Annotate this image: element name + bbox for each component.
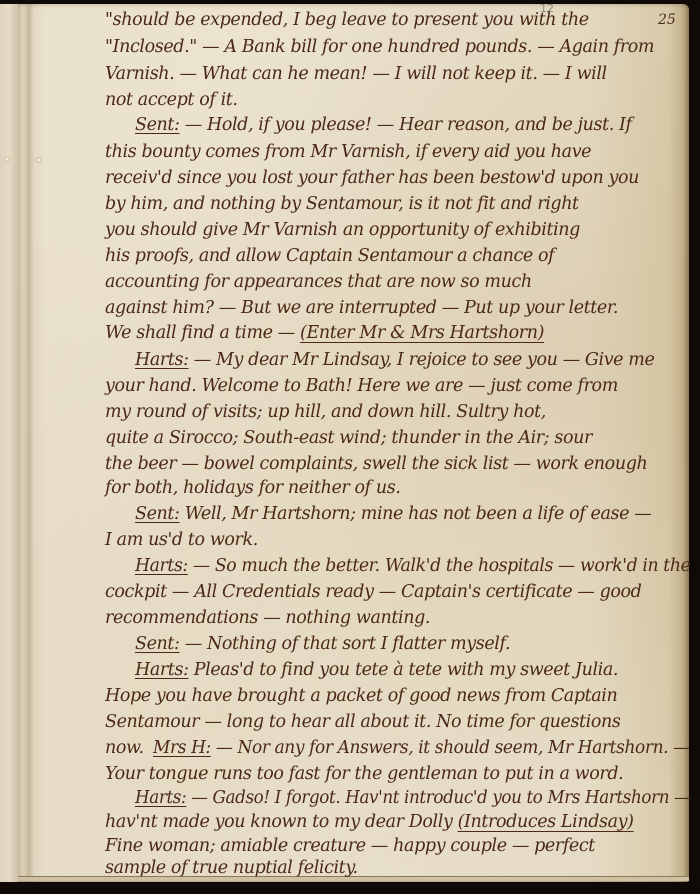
text-line: quite a Sirocco; South-east wind; thunde…	[105, 428, 592, 448]
stage-direction: (Enter Mr & Mrs Hartshorn)	[300, 323, 544, 343]
text-line: Sent: — Nothing of that sort I flatter m…	[135, 634, 510, 654]
text-line: this bounty comes from Mr Varnish, if ev…	[105, 142, 591, 162]
line-text: — Hold, if you please! — Hear reason, an…	[180, 115, 632, 135]
text-line: receiv'd since you lost your father has …	[105, 168, 639, 188]
line-text: his proofs, and allow Captain Sentamour …	[105, 246, 554, 266]
page-number: 25	[658, 12, 676, 28]
text-line: "should be expended, I beg leave to pres…	[105, 10, 589, 30]
text-line: cockpit — All Credentials ready — Captai…	[105, 582, 641, 602]
pin-hole-icon	[4, 156, 10, 162]
text-line: by him, and nothing by Sentamour, is it …	[105, 194, 579, 214]
line-text: the beer — bowel complaints, swell the s…	[105, 454, 647, 474]
speaker-label: Sent:	[135, 634, 180, 654]
text-line: Varnish. — What can he mean! — I will no…	[105, 64, 607, 84]
text-line: We shall find a time — (Enter Mr & Mrs H…	[105, 323, 544, 343]
text-line: Sentamour — long to hear all about it. N…	[105, 712, 620, 732]
stage-direction: (Introduces Lindsay)	[458, 812, 634, 832]
text-line: your hand. Welcome to Bath! Here we are …	[105, 376, 618, 396]
line-text: not accept of it.	[105, 90, 238, 110]
text-line: Your tongue runs too fast for the gentle…	[105, 764, 623, 784]
text-line: not accept of it.	[105, 90, 238, 110]
line-text: Hope you have brought a packet of good n…	[105, 686, 617, 706]
line-text: "Inclosed." — A Bank bill for one hundre…	[105, 37, 654, 57]
line-text: by him, and nothing by Sentamour, is it …	[105, 194, 579, 214]
line-text: "should be expended, I beg leave to pres…	[105, 10, 589, 30]
text-line: you should give Mr Varnish an opportunit…	[105, 220, 580, 240]
text-line: Mrs H: — Nor any for Answers, it should …	[153, 738, 690, 758]
text-line: Sent: Well, Mr Hartshorn; mine has not b…	[135, 504, 651, 524]
text-line: sample of true nuptial felicity.	[105, 858, 358, 878]
line-text: Well, Mr Hartshorn; mine has not been a …	[180, 504, 652, 524]
text-line: Fine woman; amiable creature — happy cou…	[105, 836, 595, 856]
text-line: recommendations — nothing wanting.	[105, 608, 430, 628]
line-text: recommendations — nothing wanting.	[105, 608, 430, 628]
line-text: sample of true nuptial felicity.	[105, 858, 358, 878]
line-text: hav'nt made you known to my dear Dolly	[105, 812, 458, 832]
text-line: Harts: — My dear Mr Lindsay, I rejoice t…	[135, 350, 654, 370]
line-text: against him? — But we are interrupted — …	[105, 298, 618, 318]
text-line: accounting for appearances that are now …	[105, 272, 532, 292]
line-text: for both, holidays for neither of us.	[105, 478, 401, 498]
text-line: for both, holidays for neither of us.	[105, 478, 401, 498]
line-text: — Nothing of that sort I flatter myself.	[180, 634, 511, 654]
text-line: my round of visits; up hill, and down hi…	[105, 402, 546, 422]
binding-fold	[24, 4, 34, 882]
text-line: Harts: Pleas'd to find you tete à tete w…	[135, 660, 618, 680]
line-text: quite a Sirocco; South-east wind; thunde…	[105, 428, 592, 448]
line-text: — My dear Mr Lindsay, I rejoice to see y…	[189, 350, 655, 370]
line-text: — So much the better. Walk'd the hospita…	[188, 556, 691, 576]
line-text: Sentamour — long to hear all about it. N…	[105, 712, 620, 732]
line-text: Your tongue runs too fast for the gentle…	[105, 764, 623, 784]
speaker-label: Harts:	[135, 350, 189, 370]
text-line: hav'nt made you known to my dear Dolly (…	[105, 812, 634, 832]
speaker-label: Harts:	[135, 788, 186, 808]
line-text: cockpit — All Credentials ready — Captai…	[105, 582, 641, 602]
text-line: I am us'd to work.	[105, 530, 258, 550]
line-text: your hand. Welcome to Bath! Here we are …	[105, 376, 618, 396]
speaker-label: Mrs H:	[153, 738, 211, 758]
line-text: I am us'd to work.	[105, 530, 258, 550]
text-line: "Inclosed." — A Bank bill for one hundre…	[105, 37, 654, 57]
line-text: — Gadso! I forgot. Hav'nt introduc'd you…	[186, 788, 690, 808]
text-line: now.	[105, 738, 144, 758]
line-text: Fine woman; amiable creature — happy cou…	[105, 836, 595, 856]
text-line: his proofs, and allow Captain Sentamour …	[105, 246, 554, 266]
text-line: Harts: — So much the better. Walk'd the …	[135, 556, 690, 576]
facing-page-edge	[0, 4, 19, 882]
line-text: Varnish. — What can he mean! — I will no…	[105, 64, 607, 84]
line-text: We shall find a time —	[105, 323, 300, 343]
line-text: you should give Mr Varnish an opportunit…	[105, 220, 580, 240]
line-text: receiv'd since you lost your father has …	[105, 168, 639, 188]
speaker-label: Sent:	[135, 115, 180, 135]
speaker-label: Harts:	[135, 556, 188, 576]
text-line: Hope you have brought a packet of good n…	[105, 686, 617, 706]
line-text: now.	[105, 738, 144, 758]
line-text: — Nor any for Answers, it should seem, M…	[211, 738, 690, 758]
line-text: Pleas'd to find you tete à tete with my …	[189, 660, 619, 680]
text-line: Sent: — Hold, if you please! — Hear reas…	[135, 115, 632, 135]
pin-hole-icon	[36, 157, 42, 163]
text-line: against him? — But we are interrupted — …	[105, 298, 618, 318]
line-text: accounting for appearances that are now …	[105, 272, 532, 292]
speaker-label: Harts:	[135, 660, 189, 680]
line-text: this bounty comes from Mr Varnish, if ev…	[105, 142, 591, 162]
text-line: the beer — bowel complaints, swell the s…	[105, 454, 647, 474]
line-text: my round of visits; up hill, and down hi…	[105, 402, 546, 422]
speaker-label: Sent:	[135, 504, 180, 524]
text-line: Harts: — Gadso! I forgot. Hav'nt introdu…	[135, 788, 690, 808]
